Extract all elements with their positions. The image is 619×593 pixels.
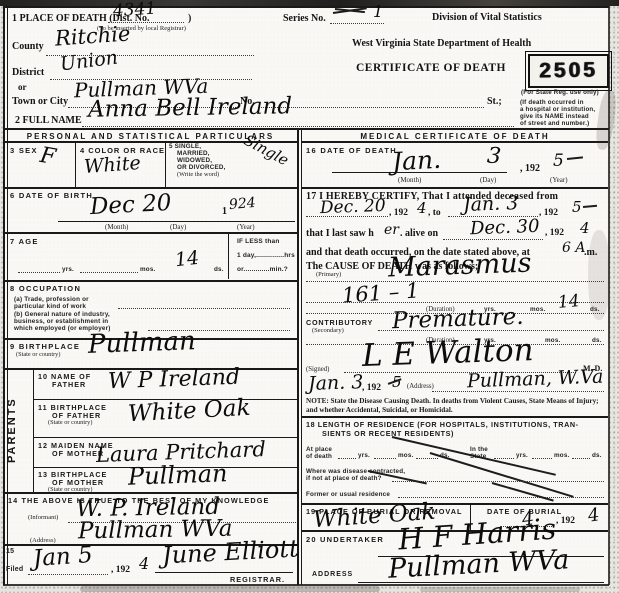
hospital-note-line1: (If death occurred in — [520, 99, 612, 106]
registration-number-stamp: 2505 — [528, 54, 609, 88]
dob-year-printed: 1 — [222, 206, 227, 217]
date-of-death-label: 16 DATE OF DEATH — [306, 146, 397, 155]
scan-smudge-2 — [588, 230, 610, 320]
rule-below-parents — [3, 492, 298, 494]
sex-label: 3 SEX — [10, 146, 38, 155]
attended-from-line — [306, 216, 388, 217]
certificate-title: CERTIFICATE OF DEATH — [356, 62, 506, 74]
dod-day-caption: (Day) — [480, 176, 496, 184]
county-value: Ritchie — [54, 23, 131, 49]
last-saw-pronoun: er — [384, 223, 399, 237]
age-ds-unit: ds. — [214, 266, 224, 273]
district-label: District — [12, 67, 44, 78]
border-left-outer — [3, 6, 5, 585]
age-yrs-line — [18, 272, 60, 273]
undertaker-address-label: ADDRESS — [312, 571, 353, 578]
burial-year-printed: , 192 — [556, 516, 575, 526]
department-title: West Virginia State Department of Health — [352, 38, 531, 49]
in-state-ds: ds. — [592, 452, 602, 459]
in-state-yrs: yrs. — [516, 452, 528, 459]
registrar-underline — [155, 572, 293, 573]
in-state-ds-line — [572, 458, 590, 459]
if-less-line1: IF LESS than — [237, 238, 280, 245]
cause-duration-days-value: 14 — [557, 293, 580, 312]
cause-duration-mos: mos. — [530, 306, 546, 313]
registrar-label: REGISTRAR. — [230, 575, 285, 584]
if-less-line2: 1 day,..............hrs — [237, 252, 295, 259]
informant-label: (Informant) — [28, 514, 58, 521]
age-mos-line — [80, 272, 138, 273]
series-value: 1 — [373, 4, 383, 20]
district-number-value: 4341 — [112, 1, 156, 21]
occupation-a-line2: particular kind of work — [14, 303, 86, 310]
contributory-duration-mos: mos. — [545, 337, 561, 344]
physician-signature: L E Walton — [362, 335, 535, 372]
date-of-birth-value: Dec 20 — [89, 192, 172, 219]
last-saw-label: that I last saw h — [306, 228, 374, 239]
filed-year-value: 4 — [139, 556, 149, 572]
last-saw-year-printed: , 192 — [545, 228, 564, 238]
marital-line3: WIDOWED, — [177, 157, 226, 164]
race-value: White — [83, 154, 141, 177]
contracted-label-2: if not at place of death? — [306, 475, 382, 482]
filed-date-line — [28, 574, 108, 575]
contributory-line — [378, 330, 604, 331]
dod-year-caption: (Year) — [550, 176, 568, 184]
signed-year-printed: , 192 — [362, 383, 381, 393]
informant-address-label: (Address) — [30, 537, 56, 544]
cause-primary-caption: (Primary) — [316, 271, 341, 278]
in-state-label-1: In the — [470, 446, 488, 453]
age-yrs-unit: yrs. — [62, 266, 74, 273]
attended-from-year-printed: , 192 — [389, 208, 408, 218]
county-label: County — [12, 41, 44, 52]
rule-below-sex-row — [3, 187, 298, 189]
death-hour-value: 6 A — [562, 241, 585, 255]
dob-day-caption: (Day) — [170, 223, 186, 231]
right-title-rule — [302, 141, 608, 143]
cause-primary-value: Marasmus — [388, 250, 532, 282]
marital-label: 5 SINGLE, MARRIED, WIDOWED, OR DIVORCED,… — [169, 143, 226, 178]
scan-smudge-4 — [420, 587, 580, 592]
dob-year-caption: (Year) — [237, 223, 255, 231]
undertaker-label: 20 UNDERTAKER — [306, 535, 384, 544]
attended-from-year: 4 — [417, 201, 427, 216]
at-place-ds-line — [416, 458, 438, 459]
burial-year-value: 4 — [587, 506, 601, 525]
attended-from-date: Dec. 20 — [320, 198, 386, 217]
in-state-mos: mos. — [554, 452, 570, 459]
dob-year-value: 924 — [228, 196, 256, 212]
signed-address-label: (Address) — [407, 383, 434, 390]
contributory-label: CONTRIBUTORY — [306, 318, 373, 327]
last-saw-line — [443, 239, 543, 240]
date-of-death-month: Jan. — [391, 147, 441, 175]
at-place-yrs: yrs. — [358, 452, 370, 459]
birthplace-value: Pullman — [88, 328, 197, 358]
race-marital-divider — [165, 141, 166, 187]
parents-vertical-label: PARENTS — [6, 378, 30, 483]
age-mos-unit: mos. — [140, 266, 156, 273]
town-label: Town or City — [12, 96, 68, 107]
occupation-b-line2: business, or establishment in — [14, 318, 108, 325]
center-divider-inner — [301, 128, 302, 585]
sex-race-divider — [75, 141, 76, 187]
border-top — [3, 6, 609, 8]
death-certificate-scan: 1 PLACE OF DEATH (Dist. No. 4341 ) (To b… — [0, 0, 619, 593]
state-reg-note: (For State Reg. use only) — [521, 89, 599, 96]
occupation-a-line — [118, 308, 290, 309]
former-residence-line — [398, 497, 604, 498]
filed-label: Filed — [6, 566, 23, 573]
full-name-value: Anna Bell Ireland — [88, 95, 292, 122]
residence-label-1: 18 LENGTH OF RESIDENCE (FOR HOSPITALS, I… — [306, 420, 579, 429]
dob-underline — [58, 221, 295, 222]
father-name-value: W P Ireland — [108, 367, 241, 394]
dod-month-caption: (Month) — [398, 176, 421, 184]
registration-number: 2505 — [539, 58, 598, 83]
marital-line2: MARRIED, — [177, 150, 226, 157]
at-place-yrs-line — [338, 458, 356, 459]
marital-line4: OR DIVORCED, — [177, 164, 226, 171]
signed-address-line — [432, 391, 604, 392]
street-label: St.; — [487, 96, 502, 107]
filed-year-printed: , 192 — [111, 565, 130, 575]
at-place-mos-line — [374, 458, 396, 459]
residence-label-2: SIENTS OR RECENT RESIDENTS) — [322, 429, 454, 438]
date-of-death-day: 3 — [486, 146, 502, 169]
date-of-birth-label: 6 DATE OF BIRTH — [10, 191, 93, 200]
scan-smudge-3 — [80, 586, 380, 592]
birthplace-subcaption: (State or country) — [16, 351, 60, 358]
last-saw-date: Dec. 30 — [470, 218, 540, 238]
last-saw-year: 4 — [580, 221, 590, 236]
contributory-secondary-caption: (Secondary) — [312, 327, 344, 334]
rule-below-dob — [3, 232, 298, 234]
age-subbox-divider — [228, 232, 229, 279]
place-paren: ) — [188, 13, 191, 24]
father-name-label-2: FATHER — [52, 380, 86, 389]
attended-to-date: Jan. 3 — [463, 194, 519, 215]
full-name-label: 2 FULL NAME — [15, 115, 82, 126]
signed-date-value: Jan. 3 — [308, 373, 364, 394]
header-bottom-rule — [3, 128, 609, 130]
signed-address-value: Pullman, W.Va — [467, 368, 604, 392]
in-state-mos-line — [532, 458, 552, 459]
series-line — [330, 23, 384, 24]
contributory-duration-ds: ds. — [592, 337, 602, 344]
registrar-signature: June Elliott — [161, 536, 299, 567]
in-state-yrs-line — [494, 458, 514, 459]
division-title: Division of Vital Statistics — [432, 12, 542, 23]
former-residence-label: Former or usual residence — [306, 491, 390, 498]
cause-line1 — [306, 281, 604, 282]
filed-item-number: 15 — [6, 548, 14, 555]
father-birthplace-subcaption: (State or country) — [48, 419, 92, 426]
rule-below-note — [302, 416, 608, 418]
dod-underline — [332, 172, 507, 173]
center-divider-outer — [297, 128, 299, 585]
rule-below-dod — [302, 187, 608, 189]
occupation-a-line1: (a) Trade, profession or — [14, 296, 89, 303]
occupation-b-line1: (b) General nature of industry, — [14, 311, 110, 318]
age-value: 14 — [174, 249, 200, 270]
alive-on-label: . alive on — [400, 228, 438, 239]
undertaker-address-line — [358, 582, 604, 583]
series-label: Series No. — [283, 13, 326, 24]
at-place-mos: mos. — [398, 452, 414, 459]
occupation-label: 8 OCCUPATION — [10, 284, 81, 293]
at-place-label-2: of death — [306, 453, 332, 460]
marital-line1: 5 SINGLE, — [169, 143, 226, 150]
attended-to-year: 5 — [572, 200, 582, 215]
or-label: or — [18, 82, 27, 92]
if-less-line3: or.............min.? — [237, 266, 288, 273]
birthplace-label: 9 BIRTHPLACE — [10, 342, 80, 351]
at-place-label-1: At place — [306, 446, 332, 453]
dod-year-printed: , 192 — [520, 163, 540, 174]
full-name-line — [82, 126, 514, 127]
attended-to-year-printed: , 192 — [539, 208, 558, 218]
marital-instruction: (Write the word) — [177, 171, 226, 178]
right-section-title: MEDICAL CERTIFICATE OF DEATH — [302, 132, 608, 141]
rule-below-age — [3, 280, 298, 282]
age-label: 7 AGE — [10, 237, 39, 246]
mother-birthplace-value: Pullman — [128, 461, 228, 488]
filed-date-value: Jan 5 — [32, 544, 93, 571]
attended-to-label: , to — [428, 208, 441, 218]
parents-cell-divider — [33, 368, 34, 492]
dob-month-caption: (Month) — [105, 223, 128, 231]
note-text: NOTE: State the Disease Causing Death. I… — [306, 397, 604, 415]
date-of-death-year: 5 — [553, 153, 564, 170]
